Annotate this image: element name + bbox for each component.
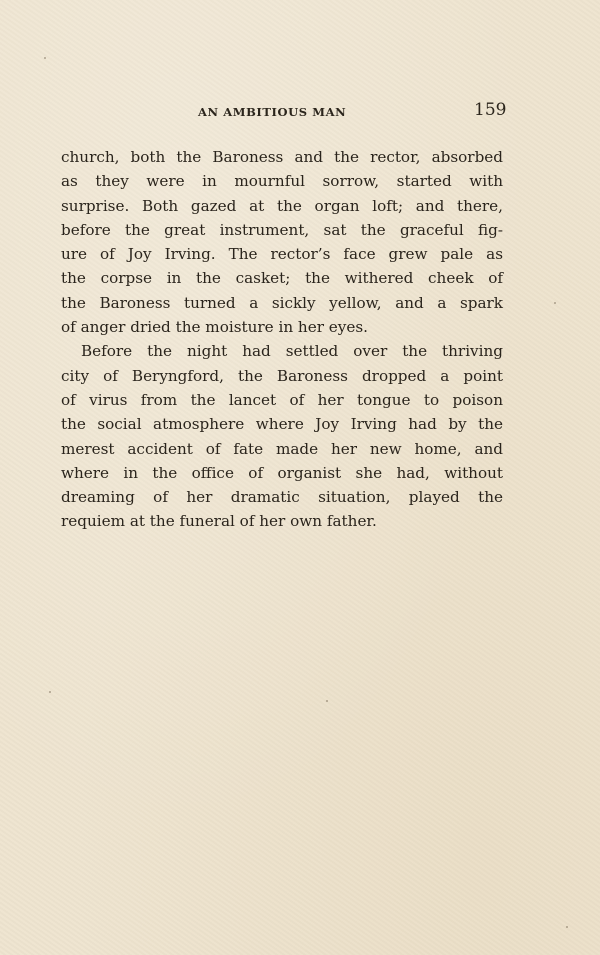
text-line: as they were in mournful sorrow, started… xyxy=(61,169,503,193)
paper-speck xyxy=(44,57,46,59)
book-page: AN AMBITIOUS MAN 159 church, both the Ba… xyxy=(0,0,600,955)
text-line: ure of Joy Irving. The rector’s face gre… xyxy=(61,242,503,266)
text-line: the Baroness turned a sickly yellow, and… xyxy=(61,291,503,315)
paper-speck xyxy=(554,302,556,304)
text-line: of anger dried the moisture in her eyes. xyxy=(61,315,503,339)
page-number: 159 xyxy=(474,100,506,120)
text-line: church, both the Baroness and the rector… xyxy=(61,145,503,169)
text-line: of virus from the lancet of her tongue t… xyxy=(61,388,503,412)
running-head: AN AMBITIOUS MAN 159 xyxy=(0,100,600,122)
text-line: requiem at the funeral of her own father… xyxy=(61,509,503,533)
text-line: city of Beryngford, the Baroness dropped… xyxy=(61,364,503,388)
text-line: dreaming of her dramatic situation, play… xyxy=(61,485,503,509)
text-line: merest accident of fate made her new hom… xyxy=(61,437,503,461)
paper-speck xyxy=(326,700,328,702)
body-text: church, both the Baroness and the rector… xyxy=(61,145,503,534)
text-line: surprise. Both gazed at the organ loft; … xyxy=(61,194,503,218)
paper-speck xyxy=(49,691,51,693)
paragraph-2: Before the night had settled over the th… xyxy=(61,339,503,533)
paragraph-1: church, both the Baroness and the rector… xyxy=(61,145,503,339)
text-line: where in the office of organist she had,… xyxy=(61,461,503,485)
text-line: Before the night had settled over the th… xyxy=(61,339,503,363)
text-line: the corpse in the casket; the withered c… xyxy=(61,266,503,290)
text-line: the social atmosphere where Joy Irving h… xyxy=(61,412,503,436)
running-title: AN AMBITIOUS MAN xyxy=(198,105,346,119)
paper-speck xyxy=(566,926,568,928)
text-line: before the great instrument, sat the gra… xyxy=(61,218,503,242)
